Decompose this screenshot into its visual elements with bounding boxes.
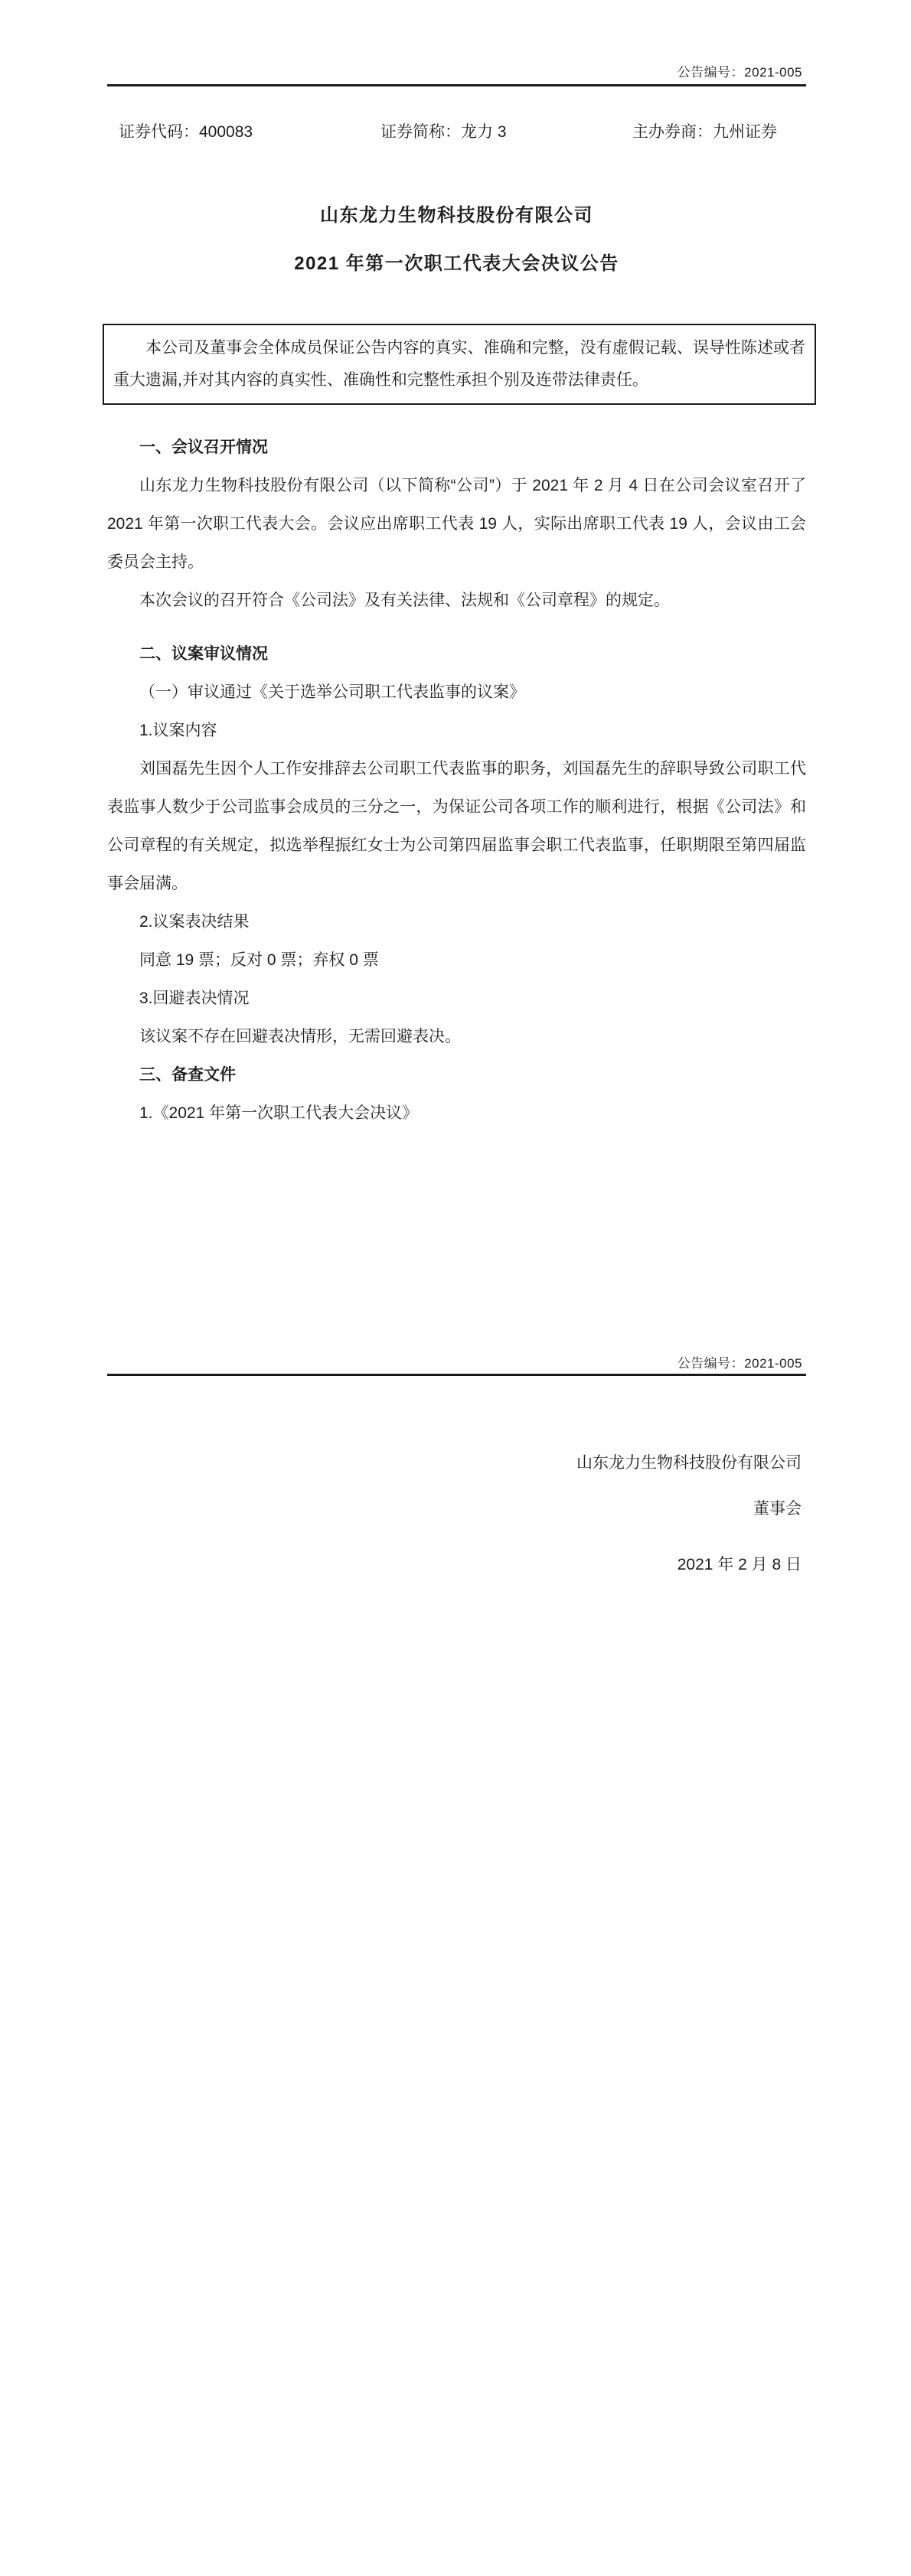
- paragraph: 本次会议的召开符合《公司法》及有关法律、法规和《公司章程》的规定。: [107, 582, 806, 620]
- paragraph: 1.议案内容: [107, 712, 806, 750]
- paragraph: 刘国磊先生因个人工作安排辞去公司职工代表监事的职务，刘国磊先生的辞职导致公司职工…: [107, 750, 806, 903]
- header-divider: [107, 84, 806, 86]
- page-content: 公告编号：2021-005 证券代码：400083 证券简称：龙力 3 主办券商…: [107, 0, 806, 1576]
- disclaimer-text: 本公司及董事会全体成员保证公告内容的真实、准确和完整，没有虚假记载、误导性陈述或…: [113, 339, 805, 389]
- paragraph: （一）审议通过《关于选举公司职工代表监事的议案》: [107, 673, 806, 712]
- announcement-title: 2021 年第一次职工代表大会决议公告: [107, 253, 806, 276]
- securities-code-label: 证券代码：400083: [119, 122, 253, 142]
- signature-date: 2021 年 2 月 8 日: [107, 1554, 806, 1576]
- announcement-number-footer: 公告编号：2021-005: [107, 1355, 806, 1372]
- paragraph: 2.议案表决结果: [107, 903, 806, 941]
- document-page: 公告编号：2021-005 证券代码：400083 证券简称：龙力 3 主办券商…: [0, 0, 911, 2576]
- securities-short-name-label: 证券简称：龙力 3: [380, 122, 507, 142]
- lead-broker-label: 主办券商：九州证券: [632, 122, 777, 142]
- section-heading: 二、议案审议情况: [107, 635, 806, 673]
- document-body: 一、会议召开情况 山东龙力生物科技股份有限公司（以下简称“公司”）于 2021 …: [107, 429, 806, 1133]
- securities-info-row: 证券代码：400083 证券简称：龙力 3 主办券商：九州证券: [107, 122, 806, 142]
- disclaimer-box: 本公司及董事会全体成员保证公告内容的真实、准确和完整，没有虚假记载、误导性陈述或…: [103, 324, 816, 405]
- announcement-number-top: 公告编号：2021-005: [107, 0, 806, 81]
- signature-board: 董事会: [107, 1498, 806, 1520]
- paragraph: 该议案不存在回避表决情形，无需回避表决。: [107, 1018, 806, 1056]
- section-heading: 三、备查文件: [107, 1056, 806, 1094]
- footer-divider: [107, 1374, 806, 1376]
- paragraph: 3.回避表决情况: [107, 980, 806, 1018]
- company-title: 山东龙力生物科技股份有限公司: [107, 204, 806, 227]
- signature-company: 山东龙力生物科技股份有限公司: [107, 1453, 806, 1474]
- paragraph: 同意 19 票；反对 0 票；弃权 0 票: [107, 941, 806, 980]
- paragraph: 山东龙力生物科技股份有限公司（以下简称“公司”）于 2021 年 2 月 4 日…: [107, 467, 806, 582]
- section-heading: 一、会议召开情况: [107, 429, 806, 467]
- paragraph: 1.《2021 年第一次职工代表大会决议》: [107, 1094, 806, 1133]
